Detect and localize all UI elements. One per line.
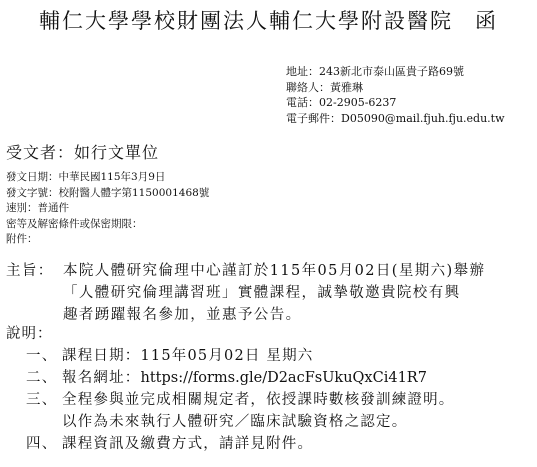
contact-block: 地址：243新北市泰山區貴子路69號 聯絡人：黃雅琳 電話：02-2905-62… <box>286 64 505 126</box>
item-text: 課程日期：115年05月02日 星期六 <box>62 345 314 367</box>
recipient: 受文者：如行文單位 <box>6 140 159 163</box>
document-title: 輔仁大學學校財團法人輔仁大學附設醫院函 <box>0 5 537 35</box>
item-number: 三、 <box>26 389 62 411</box>
item-number: 二、 <box>26 367 62 389</box>
list-item: 三、 全程參與並完成相關規定者，依授課時數核發訓練證明。 <box>26 389 455 411</box>
item-text: 報名網址： <box>62 367 141 389</box>
explanation-list: 一、 課程日期：115年05月02日 星期六 二、 報名網址：https://f… <box>26 345 455 455</box>
item-number: 四、 <box>26 433 62 455</box>
subject-section: 主旨： 本院人體研究倫理中心謹訂於115年05月02日(星期六)舉辦 「人體研究… <box>6 260 485 326</box>
subject-line: 本院人體研究倫理中心謹訂於115年05月02日(星期六)舉辦 <box>63 260 485 282</box>
item-continuation: 以作為未來執行人體研究／臨床試驗資格之認定。 <box>26 411 455 433</box>
item-number: 一、 <box>26 345 62 367</box>
contact-address: 地址：243新北市泰山區貴子路69號 <box>286 64 505 80</box>
issue-number: 發文字號：校附醫人體字第1150001468號 <box>6 186 209 202</box>
contact-email: 電子郵件：D05090@mail.fjuh.fju.edu.tw <box>286 111 505 127</box>
subject-line: 趣者踴躍報名參加，並惠予公告。 <box>6 304 485 326</box>
subject-label: 主旨： <box>6 260 63 282</box>
subject-line: 「人體研究倫理講習班」實體課程，誠摯敬邀貴院校有興 <box>6 282 485 304</box>
list-item: 一、 課程日期：115年05月02日 星期六 <box>26 345 455 367</box>
explanation-label: 說明： <box>6 322 53 343</box>
registration-link[interactable]: https://forms.gle/D2acFsUkuQxCi41R7 <box>141 367 427 389</box>
document-title-text: 輔仁大學學校財團法人輔仁大學附設醫院 <box>39 9 453 33</box>
issue-date: 發文日期：中華民國115年3月9日 <box>6 170 209 186</box>
document-meta: 發文日期：中華民國115年3月9日 發文字號：校附醫人體字第1150001468… <box>6 170 209 248</box>
document-type-label: 函 <box>475 9 498 33</box>
contact-person: 聯絡人：黃雅琳 <box>286 80 505 96</box>
confidentiality: 密等及解密條件或保密期限： <box>6 217 209 233</box>
list-item: 二、 報名網址：https://forms.gle/D2acFsUkuQxCi4… <box>26 367 455 389</box>
item-text: 全程參與並完成相關規定者，依授課時數核發訓練證明。 <box>62 389 455 411</box>
attachments-label: 附件： <box>6 232 209 248</box>
contact-phone: 電話：02-2905-6237 <box>286 95 505 111</box>
delivery-type: 速別：普通件 <box>6 201 209 217</box>
list-item: 四、 課程資訊及繳費方式，請詳見附件。 <box>26 433 455 455</box>
item-text: 課程資訊及繳費方式，請詳見附件。 <box>62 433 313 455</box>
